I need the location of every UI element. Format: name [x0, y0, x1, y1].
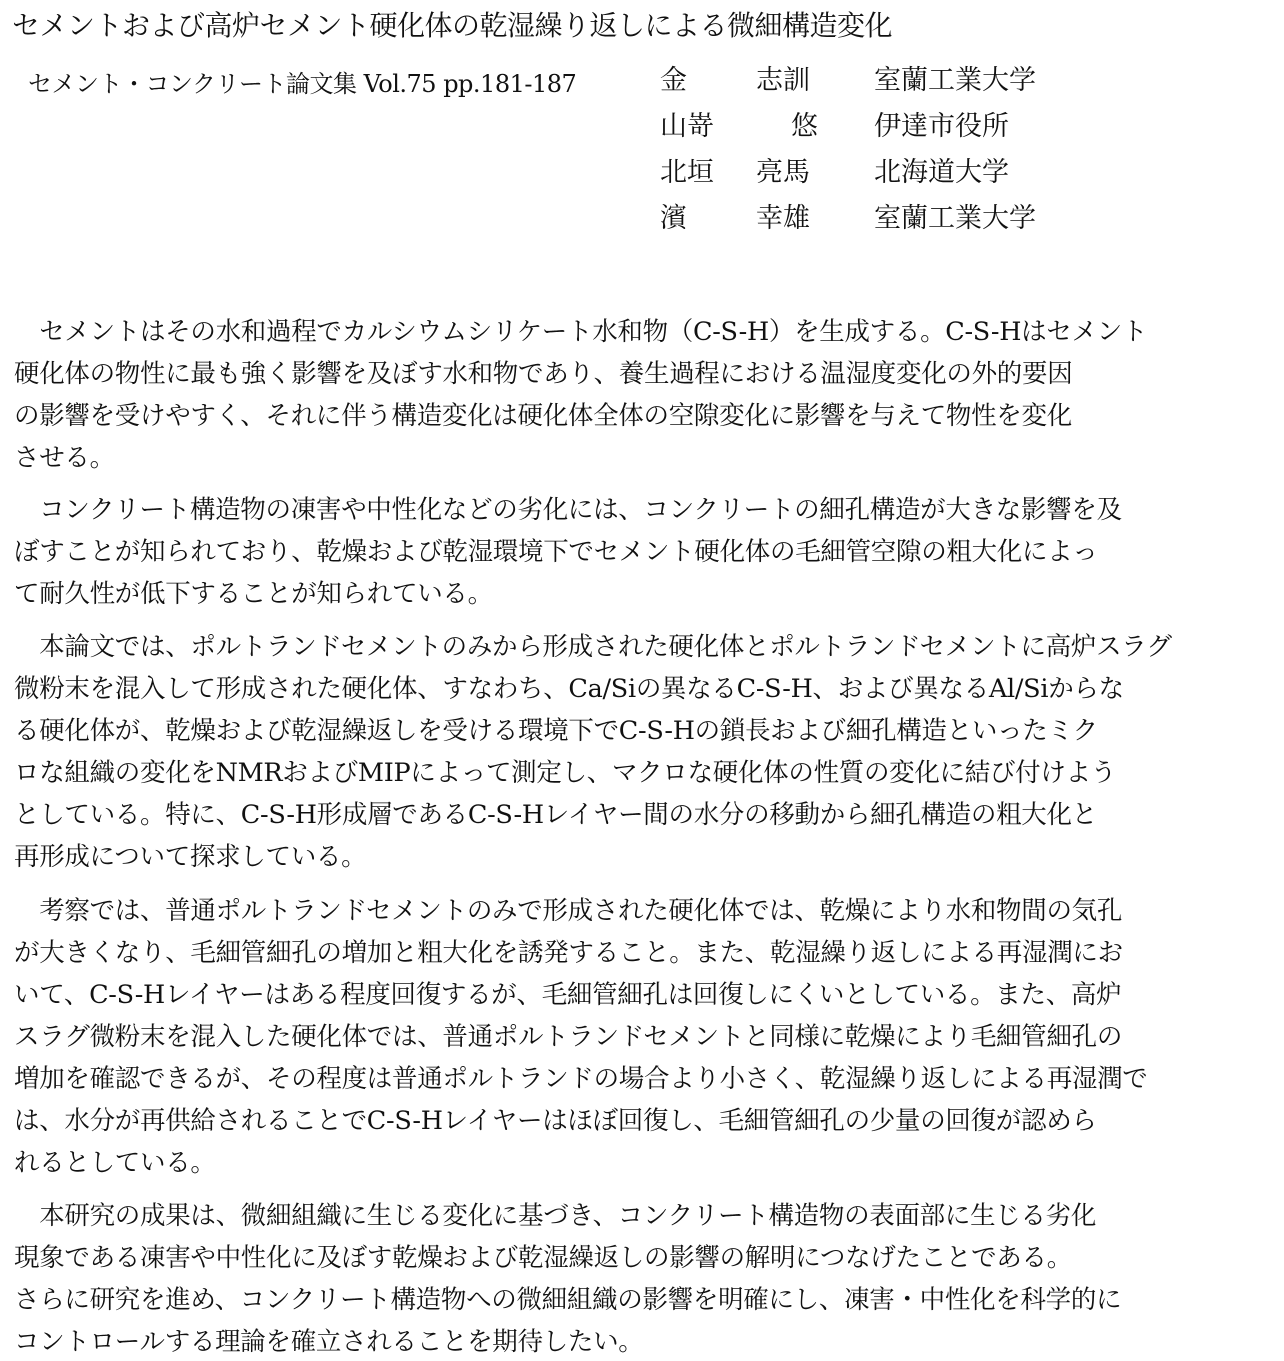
paragraph-5-line: コントロールする理論を確立されることを期待したい。 [14, 1322, 644, 1358]
paragraph-4-line: いて、C-S-Hレイヤーはある程度回復するが、毛細管細孔は回復しにくいとしている… [14, 975, 1121, 1011]
author-surname: 濱 [660, 196, 687, 235]
paragraph-2-line: て耐久性が低下することが知られている。 [14, 574, 493, 610]
author-affiliation: 室蘭工業大学 [874, 196, 1036, 235]
paragraph-5-line: 現象である凍害や中性化に及ぼす乾燥および乾湿繰返しの影響の解明につなげたことであ… [14, 1238, 1072, 1274]
paragraph-2-line: ぼすことが知られており、乾燥および乾湿環境下でセメント硬化体の毛細管空隙の粗大化… [14, 532, 1098, 568]
paragraph-3-line: としている。特に、C-S-H形成層であるC-S-Hレイヤー間の水分の移動から細孔… [14, 795, 1097, 831]
paragraph-5-line: さらに研究を進め、コンクリート構造物への微細組織の影響を明確にし、凍害・中性化を… [14, 1280, 1121, 1316]
author-given-name: 幸雄 [756, 196, 880, 235]
paragraph-3-line: る硬化体が、乾燥および乾湿繰返しを受ける環境下でC-S-Hの鎖長および細孔構造と… [14, 711, 1098, 747]
author-given-name: 亮馬 [756, 150, 880, 189]
paragraph-4-line: れるとしている。 [14, 1143, 216, 1179]
paragraph-4-line: が大きくなり、毛細管細孔の増加と粗大化を誘発すること。また、乾湿繰り返しによる再… [14, 933, 1123, 969]
paragraph-4-line: 考察では、普通ポルトランドセメントのみで形成された硬化体では、乾燥により水和物間… [14, 891, 1122, 927]
paper-title: セメントおよび高炉セメント硬化体の乾湿繰り返しによる微細構造変化 [12, 4, 892, 44]
author-given-name: 志訓 [756, 58, 880, 97]
paragraph-1-line: セメントはその水和過程でカルシウムシリケート水和物（C-S-H）を生成する。C-… [14, 312, 1147, 348]
author-affiliation: 北海道大学 [874, 150, 1009, 189]
paragraph-1-line: の影響を受けやすく、それに伴う構造変化は硬化体全体の空隙変化に影響を与えて物性を… [14, 396, 1072, 432]
paragraph-2-line: コンクリート構造物の凍害や中性化などの劣化には、コンクリートの細孔構造が大きな影… [14, 490, 1122, 526]
paragraph-3-line: 本論文では、ポルトランドセメントのみから形成された硬化体とポルトランドセメントに… [14, 627, 1172, 663]
author-surname: 金 [660, 58, 687, 97]
paragraph-4-line: は、水分が再供給されることでC-S-Hレイヤーはほぼ回復し、毛細管細孔の少量の回… [14, 1101, 1097, 1137]
paragraph-4-line: スラグ微粉末を混入した硬化体では、普通ポルトランドセメントと同様に乾燥により毛細… [14, 1017, 1122, 1053]
author-affiliation: 伊達市役所 [874, 104, 1009, 143]
author-given-name: 悠 [660, 104, 818, 143]
paragraph-4-line: 増加を確認できるが、その程度は普通ポルトランドの場合より小さく、乾湿繰り返しによ… [14, 1059, 1148, 1095]
paragraph-3-line: 再形成について探求している。 [14, 837, 366, 873]
journal-citation: セメント・コンクリート論文集 Vol.75 pp.181-187 [28, 64, 576, 99]
author-surname: 北垣 [660, 150, 714, 189]
paragraph-1-line: させる。 [14, 438, 115, 474]
paragraph-3-line: 微粉末を混入して形成された硬化体、すなわち、Ca/Siの異なるC-S-H、および… [14, 669, 1124, 705]
paragraph-1-line: 硬化体の物性に最も強く影響を及ぼす水和物であり、養生過程における温湿度変化の外的… [14, 354, 1072, 390]
paragraph-5-line: 本研究の成果は、微細組織に生じる変化に基づき、コンクリート構造物の表面部に生じる… [14, 1196, 1096, 1232]
author-affiliation: 室蘭工業大学 [874, 58, 1036, 97]
paragraph-3-line: ロな組織の変化をNMRおよびMIPによって測定し、マクロな硬化体の性質の変化に結… [14, 753, 1116, 789]
